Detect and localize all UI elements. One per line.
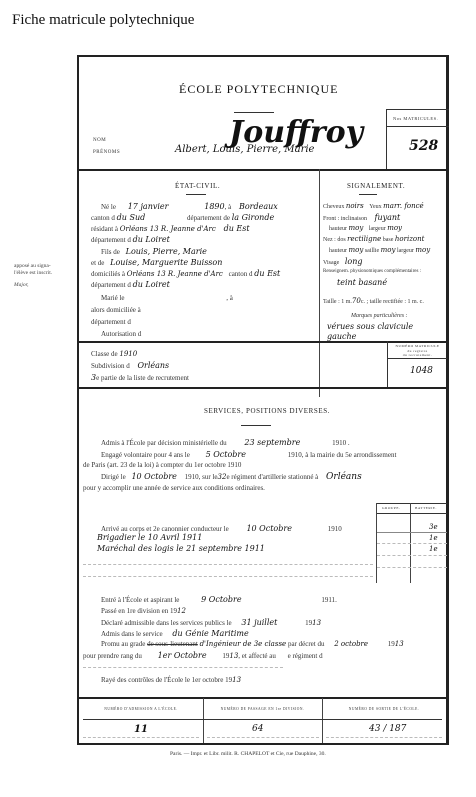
saillie-label: saillie: [365, 248, 379, 254]
alors-label: alors domiciliée à: [91, 306, 141, 314]
rang-label: pour prendre rang du: [83, 652, 142, 660]
services-title: SERVICES, POSITIONS DIVERSES.: [204, 407, 330, 415]
entre-year: 1911: [321, 596, 335, 604]
admission-header: NUMÉRO D'ADMISSION A L'ÉCOLE.: [79, 707, 203, 711]
ne-le-value: 17 janvier: [128, 202, 169, 211]
canton3-value: du Est: [254, 269, 280, 278]
departement2-value: du Loiret: [133, 235, 170, 244]
front-value: fuyant: [375, 213, 401, 222]
dirige-row: Dirigé le 10 Octobre 1910, sur le32e rég…: [101, 472, 362, 482]
declare-year: 13: [312, 619, 321, 627]
promu-year-prefix: 19: [388, 640, 395, 648]
domicilies-row: domiciliés à Orléans 13 R. Jeanne d'Arc …: [91, 269, 280, 278]
cheveux-value: noirs: [346, 202, 364, 210]
etat-signal-divider: [319, 169, 320, 397]
numero-matricule-box: NUMÉRO MATRICULE du registre du recrutem…: [387, 341, 447, 387]
annee-value: 1890: [204, 202, 224, 211]
sortie-dots: [326, 737, 442, 738]
canton3-label: canton d: [229, 270, 253, 278]
batterie-value-1: 3e: [429, 523, 438, 531]
autorisation-label: Autorisation d: [91, 330, 141, 338]
numero-matricule-value: 1048: [410, 366, 433, 376]
engage-row: Engagé volontaire pour 4 ans le 5 Octobr…: [101, 450, 396, 459]
blank-line-3: [83, 667, 283, 668]
nez-largeur-label: largeur: [397, 248, 414, 254]
accomplir-row: pour y accomplir une année de service au…: [83, 484, 265, 492]
dept4-label: département d: [91, 318, 131, 326]
marie-label: Marié le: [91, 294, 125, 302]
bottom-col-divider-1: [203, 698, 204, 743]
taille-label: Taille : 1 m.: [323, 299, 352, 305]
fils-value: Louis, Pierre, Marie: [126, 247, 207, 256]
autorisation-row: Autorisation d: [91, 330, 141, 338]
table-row-1: [377, 532, 447, 533]
visage-row: Visage long: [323, 257, 362, 266]
declare-value: 31 juillet: [241, 618, 277, 627]
nez-row: Nez : dos rectiligne base horizont: [323, 235, 424, 243]
etat-civil-title: ÉTAT-CIVIL.: [175, 182, 220, 190]
arrive-value: 10 Octobre: [246, 524, 291, 533]
matricule-divider: [387, 126, 449, 127]
admis-service-value: du Génie Maritime: [172, 629, 248, 638]
arrive-label: Arrivé au corps et 2e canonnier conducte…: [101, 525, 229, 533]
dirige-year: 1910: [185, 473, 199, 481]
ne-le-label: Né le: [91, 203, 116, 211]
rang-row: pour prendre rang du 1er Octobre 1913, e…: [83, 651, 323, 660]
renseignements-row: Renseignem. physionomiques complémentair…: [323, 269, 421, 274]
numero-label-l1: NUMÉRO MATRICULE: [388, 344, 447, 349]
promu-struck: de sous-lieutenant: [147, 640, 198, 648]
numero-matricule-label: NUMÉRO MATRICULE du registre du recrutem…: [388, 344, 447, 358]
front-label: Front : inclinaison: [323, 216, 367, 222]
base-value: horizont: [395, 235, 425, 243]
affecte-label: , et affecté au: [238, 652, 276, 660]
passe-label: Passé en 1re division en 19: [101, 607, 177, 615]
table-header-divider: [377, 513, 447, 514]
batterie-value-2: 1e: [429, 534, 438, 542]
largeur-value: moy: [387, 224, 402, 232]
cheveux-row: Cheveux noirs Yeux marr. foncé: [323, 202, 424, 210]
entre-row: Entré à l'École et aspirant le 9 Octobre…: [101, 595, 337, 604]
passe-value: 12: [177, 607, 186, 615]
batterie-header: BATTERIE.: [415, 506, 437, 510]
entre-label: Entré à l'École et aspirant le: [101, 596, 179, 604]
rang-year: 13: [229, 652, 238, 660]
departement3-value: du Loiret: [133, 280, 170, 289]
admis-year: 1910: [332, 439, 346, 447]
promu-decret: par décret du: [288, 640, 325, 648]
declare-row: Déclaré admissible dans les services pub…: [101, 618, 321, 627]
admission-dots: [83, 737, 199, 738]
admission-value: 11: [134, 724, 148, 735]
batterie-value-3: 1e: [429, 545, 438, 553]
saillie-value: moy: [381, 246, 396, 254]
nez-hauteur-row: hauteur moy saillie moy largeur moy: [329, 246, 430, 254]
admis-service-row: Admis dans le service du Génie Maritime: [101, 629, 249, 638]
blank-line-2: [83, 576, 373, 577]
matricule-label: Nos MATRICULES.: [393, 116, 438, 121]
groupe-header: GROUPE.: [382, 506, 400, 510]
yeux-value: marr. foncé: [383, 202, 424, 210]
engage-label: Engagé volontaire pour 4 ans le: [101, 451, 190, 459]
engage-year: 1910: [288, 451, 302, 459]
bottom-header-divider: [83, 719, 442, 720]
et-value: Louise, Marguerite Buisson: [110, 258, 222, 267]
lieu-value: Bordeaux: [239, 202, 278, 211]
marques-label: Marques particulières :: [351, 313, 408, 319]
passage-header: NUMÉRO DE PASSAGE EN 1re DIVISION.: [203, 707, 322, 711]
services-bottom: [79, 697, 446, 699]
table-row-3: [377, 555, 447, 556]
nez-hauteur-value: moy: [349, 246, 364, 254]
raye-row: Rayé des contrôles de l'École le 1er oct…: [101, 676, 241, 684]
dept4-row: département d: [91, 318, 131, 326]
domicilies-value: Orléans 13 R. Jeanne d'Arc: [127, 270, 223, 278]
hauteur-label: hauteur: [329, 226, 347, 232]
engage-value: 5 Octobre: [206, 450, 246, 459]
taille-row: Taille : 1 m.70c. ; taille rectifiée : 1…: [323, 297, 424, 305]
bottom-col-divider-2: [322, 698, 323, 743]
affecte-suffix: e régiment d: [288, 652, 323, 660]
passe-row: Passé en 1re division en 1912: [101, 607, 186, 615]
sortie-value: 43 / 187: [369, 724, 406, 734]
yeux-label: Yeux: [369, 204, 381, 210]
promu-row: Promu au grade de sous-lieutenant d'Ingé…: [101, 640, 404, 648]
groupe-batterie-table: GROUPE. BATTERIE. 3e 1e 1e: [376, 503, 447, 583]
admis-row: Admis à l'École par décision ministériel…: [101, 438, 350, 447]
visage-value: long: [345, 257, 363, 266]
table-top: [377, 503, 447, 504]
declare-label: Déclaré admissible dans les services pub…: [101, 619, 232, 627]
promu-date: 2 octobre: [334, 640, 368, 648]
header-divider: [79, 169, 446, 171]
admis-value: 23 septembre: [244, 438, 300, 447]
departement3-row: département d du Loiret: [91, 280, 170, 289]
recrutement-bottom: [79, 387, 446, 389]
nez-hauteur-label: hauteur: [329, 248, 347, 254]
numero-label-l3: du recrutement.: [388, 353, 447, 358]
services-underline: [241, 425, 271, 426]
classe-row: Classe de 1910: [91, 350, 137, 358]
arrive-year: 1910: [328, 525, 342, 533]
nez-label: Nez : dos: [323, 237, 346, 243]
visage-label: Visage: [323, 260, 339, 266]
imprint: Paris. — Impr. et Libr. milit. R. CHAPEL…: [170, 751, 326, 757]
numero-divider: [388, 358, 447, 359]
marechal-row: Maréchal des logis le 21 septembre 1911: [97, 544, 265, 553]
promu-label: Promu au grade: [101, 640, 145, 648]
table-row-4: [377, 567, 447, 568]
largeur-label: largeur: [369, 226, 386, 232]
school-title: ÉCOLE POLYTECHNIQUE: [179, 82, 338, 97]
nom-label: NOM: [93, 138, 106, 143]
subdivision-value: Orléans: [137, 361, 169, 370]
prenoms-value: Albert, Louis, Pierre, Marie: [175, 144, 314, 155]
nez-value: rectiligne: [347, 235, 381, 243]
table-row-2: [377, 543, 447, 544]
engage-suffix: , à la mairie du 5e arrondissement: [302, 451, 397, 459]
canton-row: canton d du Sud département de la Girond…: [91, 213, 274, 222]
matricule-box: Nos MATRICULES. 528: [386, 109, 449, 170]
domicilies-label: domiciliés à: [91, 270, 125, 278]
brigadier-row: Brigadier le 10 Avril 1911: [97, 533, 202, 542]
matricule-value: 528: [409, 138, 438, 154]
ne-le-row: Né le 17 janvier 1890, à Bordeaux: [91, 202, 278, 211]
hauteur-value: moy: [349, 224, 364, 232]
residant-row: résidant à Orléans 13 R. Jeanne d'Arc du…: [91, 224, 250, 233]
margin-note-line-2: l'élève est inscrit.: [14, 270, 52, 277]
marques-value: vérues sous clavicule gauche: [327, 322, 437, 342]
alors-row: alors domiciliée à: [91, 306, 141, 314]
renseignements-label: Renseignem. physionomiques complémentair…: [323, 269, 421, 274]
departement-label: département de: [187, 214, 230, 222]
base-label: base: [383, 237, 394, 243]
matricule-sheet: ÉCOLE POLYTECHNIQUE NOM Jouffroy PRÉNOMS…: [77, 55, 449, 745]
raye-label: Rayé des contrôles de l'École le 1er oct…: [101, 676, 232, 684]
partie-label: e partie de la liste de recrutement: [96, 374, 189, 382]
title-underline: [234, 112, 274, 113]
margin-note-line-3: Major,: [14, 282, 52, 289]
subdivision-label: Subdivision d: [91, 362, 130, 370]
front-hauteur-row: hauteur moy largeur moy: [329, 224, 402, 232]
classe-label: Classe de: [91, 350, 118, 358]
marie-row: Marié le , à: [91, 294, 233, 302]
partie-row: 3e partie de la liste de recrutement: [91, 373, 189, 382]
regiment-suffix: e régiment d'artillerie stationné à: [226, 473, 318, 481]
promu-year: 13: [395, 640, 404, 648]
sortie-header: NUMÉRO DE SORTIE DE L'ÉCOLE.: [322, 707, 446, 711]
fils-row: Fils de Louis, Pierre, Marie: [91, 247, 207, 256]
canton2-value: du Est: [224, 224, 250, 233]
signalement-underline: [359, 194, 377, 195]
departement-value: la Gironde: [232, 213, 274, 222]
taille-value: 70: [352, 297, 361, 305]
admis-label: Admis à l'École par décision ministériel…: [101, 439, 227, 447]
front-row: Front : inclinaison fuyant: [323, 213, 400, 222]
marie-a: , à: [226, 294, 233, 302]
cheveux-label: Cheveux: [323, 204, 344, 210]
arrive-row: Arrivé au corps et 2e canonnier conducte…: [101, 524, 342, 533]
nez-largeur-value: moy: [415, 246, 430, 254]
prenoms-label: PRÉNOMS: [93, 150, 120, 155]
canton-value: du Sud: [117, 213, 146, 222]
promu-value: d'Ingénieur de 3e classe: [200, 640, 287, 648]
et-label: et de: [91, 259, 104, 267]
canton-label: canton d: [91, 214, 115, 222]
margin-note-line-1: apposé au signa-: [14, 263, 52, 270]
subdivision-row: Subdivision d Orléans: [91, 361, 169, 370]
passage-value: 64: [252, 724, 263, 734]
renseignements-value: teint basané: [337, 278, 387, 287]
regiment-label: , sur le: [199, 473, 218, 481]
departement3-label: département d: [91, 281, 131, 289]
raye-value: 13: [232, 676, 241, 684]
passage-dots: [207, 737, 319, 738]
departement2-row: département d du Loiret: [91, 235, 170, 244]
dirige-value: 10 Octobre: [131, 472, 176, 481]
blank-line-1: [83, 564, 373, 565]
mere-row: et de Louise, Marguerite Buisson: [91, 258, 222, 267]
signalement-title: SIGNALEMENT.: [347, 182, 405, 190]
departement2-label: département d: [91, 236, 131, 244]
regiment-city: Orléans: [326, 472, 362, 482]
paris-row: de Paris (art. 23 de la loi) à compter d…: [83, 461, 241, 469]
dirige-label: Dirigé le: [101, 473, 126, 481]
entre-value: 9 Octobre: [201, 595, 241, 604]
classe-value: 1910: [119, 350, 137, 358]
etat-civil-underline: [186, 194, 206, 195]
fils-label: Fils de: [91, 248, 120, 256]
taille-suffix: c. ; taille rectifiée : 1 m. c.: [361, 299, 424, 305]
admis-service-label: Admis dans le service: [101, 630, 163, 638]
rang-value: 1er Octobre: [158, 651, 207, 660]
page-title: Fiche matricule polytechnique: [12, 12, 194, 29]
residant-label: résidant à: [91, 225, 118, 233]
residant-value: Orléans 13 R. Jeanne d'Arc: [120, 225, 216, 233]
margin-note: apposé au signa- l'élève est inscrit. Ma…: [14, 263, 52, 289]
